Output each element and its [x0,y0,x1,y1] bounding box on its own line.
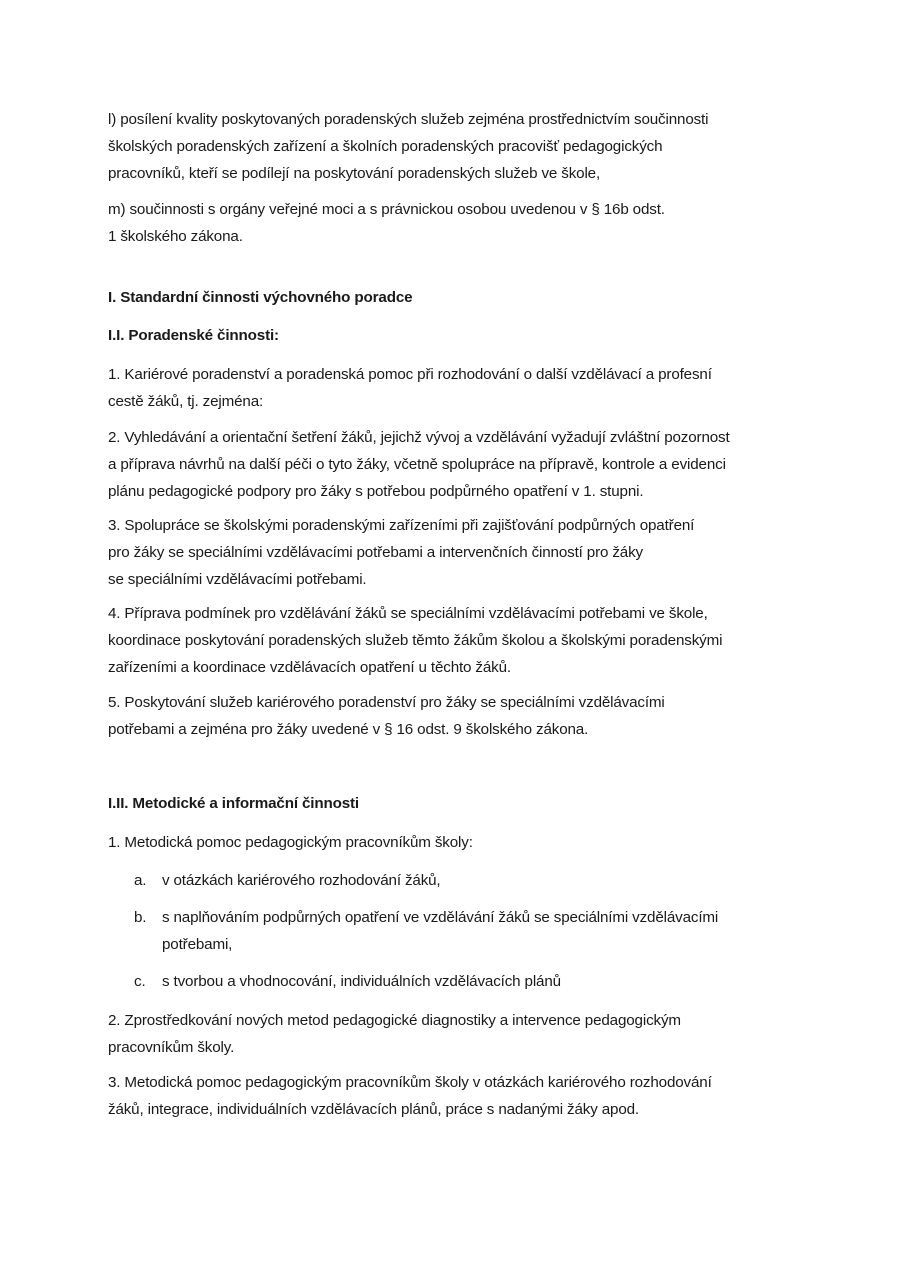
list-item: 3. Spolupráce se školskými poradenskými … [108,512,808,593]
paragraph-item-l: l) posílení kvality poskytovaných porade… [108,106,808,187]
text-line: pracovníků, kteří se podílejí na poskyto… [108,160,808,187]
text-line: pracovníkům školy. [108,1034,808,1061]
list-item: 4. Příprava podmínek pro vzdělávání žáků… [108,600,808,681]
text-line: l) posílení kvality poskytovaných porade… [108,106,808,133]
text-line: potřebami, [162,931,718,958]
list-item: 5. Poskytování služeb kariérového porade… [108,689,808,743]
text-line: a příprava návrhů na další péči o tyto ž… [108,451,808,478]
heading-text: I.II. Metodické a informační činnosti [108,790,808,817]
text-line: 1. Metodická pomoc pedagogickým pracovní… [108,829,808,856]
text-line: m) součinnosti s orgány veřejné moci a s… [108,196,808,223]
text-line: potřebami a zejména pro žáky uvedené v §… [108,716,808,743]
list-marker: c. [134,968,158,995]
text-line: pro žáky se speciálními vzdělávacími pot… [108,539,808,566]
text-line: školských poradenských zařízení a školní… [108,133,808,160]
list-marker: a. [134,867,158,894]
text-line: 1 školského zákona. [108,223,808,250]
text-line: žáků, integrace, individuálních vzděláva… [108,1096,808,1123]
text-line: s naplňováním podpůrných opatření ve vzd… [162,904,718,931]
document-page: l) posílení kvality poskytovaných porade… [0,0,905,1280]
text-line: plánu pedagogické podpory pro žáky s pot… [108,478,808,505]
text-line: 4. Příprava podmínek pro vzdělávání žáků… [108,600,808,627]
text-line: 3. Metodická pomoc pedagogickým pracovní… [108,1069,808,1096]
text-line: 5. Poskytování služeb kariérového porade… [108,689,808,716]
subsection-heading: I.I. Poradenské činnosti: [108,322,808,349]
list-item: 3. Metodická pomoc pedagogickým pracovní… [108,1069,808,1123]
list-marker: b. [134,904,158,931]
list-item: 2. Zprostředkování nových metod pedagogi… [108,1007,808,1061]
text-line: zařízeními a koordinace vzdělávacích opa… [108,654,808,681]
text-line: v otázkách kariérového rozhodování žáků, [162,867,441,894]
text-line: se speciálními vzdělávacími potřebami. [108,566,808,593]
list-item: 2. Vyhledávání a orientační šetření žáků… [108,424,808,505]
section-heading: I. Standardní činnosti výchovného poradc… [108,284,808,311]
text-line: cestě žáků, tj. zejména: [108,388,808,415]
text-line: 2. Zprostředkování nových metod pedagogi… [108,1007,808,1034]
text-line: s tvorbou a vhodnocování, individuálních… [162,968,561,995]
text-line: 1. Kariérové poradenství a poradenská po… [108,361,808,388]
list-item: 1. Metodická pomoc pedagogickým pracovní… [108,829,808,856]
heading-text: I. Standardní činnosti výchovného poradc… [108,284,808,311]
heading-text: I.I. Poradenské činnosti: [108,322,808,349]
paragraph-item-m: m) součinnosti s orgány veřejné moci a s… [108,196,808,250]
text-line: koordinace poskytování poradenských služ… [108,627,808,654]
subsection-heading: I.II. Metodické a informační činnosti [108,790,808,817]
text-line: 2. Vyhledávání a orientační šetření žáků… [108,424,808,451]
text-line: 3. Spolupráce se školskými poradenskými … [108,512,808,539]
list-item: 1. Kariérové poradenství a poradenská po… [108,361,808,415]
